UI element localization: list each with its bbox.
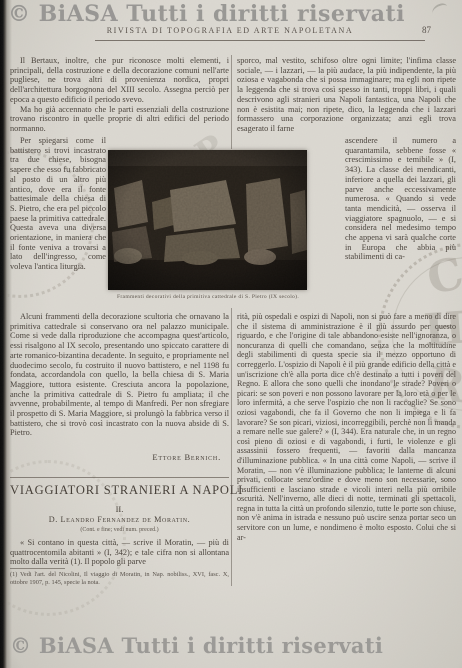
column-divider (231, 55, 232, 149)
paragraph: Per spiegarsi come il battistero si trov… (10, 136, 106, 272)
footnote: (1) Vedi l'art. del Nicolini, Il viaggio… (10, 571, 229, 586)
header-rule (95, 40, 425, 41)
right-column-narrow: ascendere il numero a quarantamila, sebb… (345, 136, 456, 262)
article-part-number: II. (10, 504, 229, 514)
paragraph: rità, più ospedali e ospizi di Napoli, n… (237, 312, 456, 542)
copyright-watermark-top: © BiASA Tutti i diritti riservati (8, 1, 405, 27)
page-number: 87 (422, 25, 431, 35)
copyright-watermark-bottom: © BiASA Tutti i diritti riservati (10, 633, 383, 658)
figure-photo-stone-fragments (108, 150, 307, 290)
footnote-rule (10, 568, 65, 569)
paragraph: Alcuni frammenti della decorazione scult… (10, 312, 229, 438)
column-divider (231, 308, 232, 586)
paragraph: sporco, mal vestito, schifoso oltre ogni… (237, 56, 456, 134)
article-bernich-conclusion: Alcuni frammenti della decorazione scult… (10, 312, 229, 438)
pencil-mark (431, 2, 450, 18)
paragraph: Il Bertaux, inoltre, che pur riconosce m… (10, 56, 229, 105)
journal-running-title: RIVISTA DI TOPOGRAFIA ED ARTE NAPOLETANA (70, 26, 390, 35)
article-moratin-paragraph: « Si contano in questa città, — scrive i… (10, 538, 229, 567)
paragraph: Ma ho già accennato che le parti essenzi… (10, 105, 229, 134)
article-bernich-narrow-column: Per spiegarsi come il battistero si trov… (10, 136, 106, 272)
scanned-journal-page: C H R DI P © BiASA Tutti i diritti riser… (0, 0, 462, 668)
article-title: VIAGGIATORI STRANIERI A NAPOLI (10, 483, 229, 498)
paragraph: « Si contano in questa città, — scrive i… (10, 538, 229, 567)
figure-caption: Frammenti decorativi della primitiva cat… (104, 294, 312, 300)
article-author-heading: D. Leandro Fernandez de Moratin. (10, 515, 229, 524)
author-signature: Ettore Bernich. (10, 452, 221, 462)
article-bernich-intro: Il Bertaux, inoltre, che pur riconosce m… (10, 56, 229, 134)
paragraph: ascendere il numero a quarantamila, sebb… (345, 136, 456, 262)
continuation-note: (Cont. e fine; vedi num. preced.) (10, 527, 229, 533)
right-column-continuation: rità, più ospedali e ospizi di Napoli, n… (237, 312, 456, 542)
right-column-paragraph: sporco, mal vestito, schifoso oltre ogni… (237, 56, 456, 134)
article-separator-rule (10, 477, 229, 478)
stone-fragments-photo (108, 150, 307, 290)
